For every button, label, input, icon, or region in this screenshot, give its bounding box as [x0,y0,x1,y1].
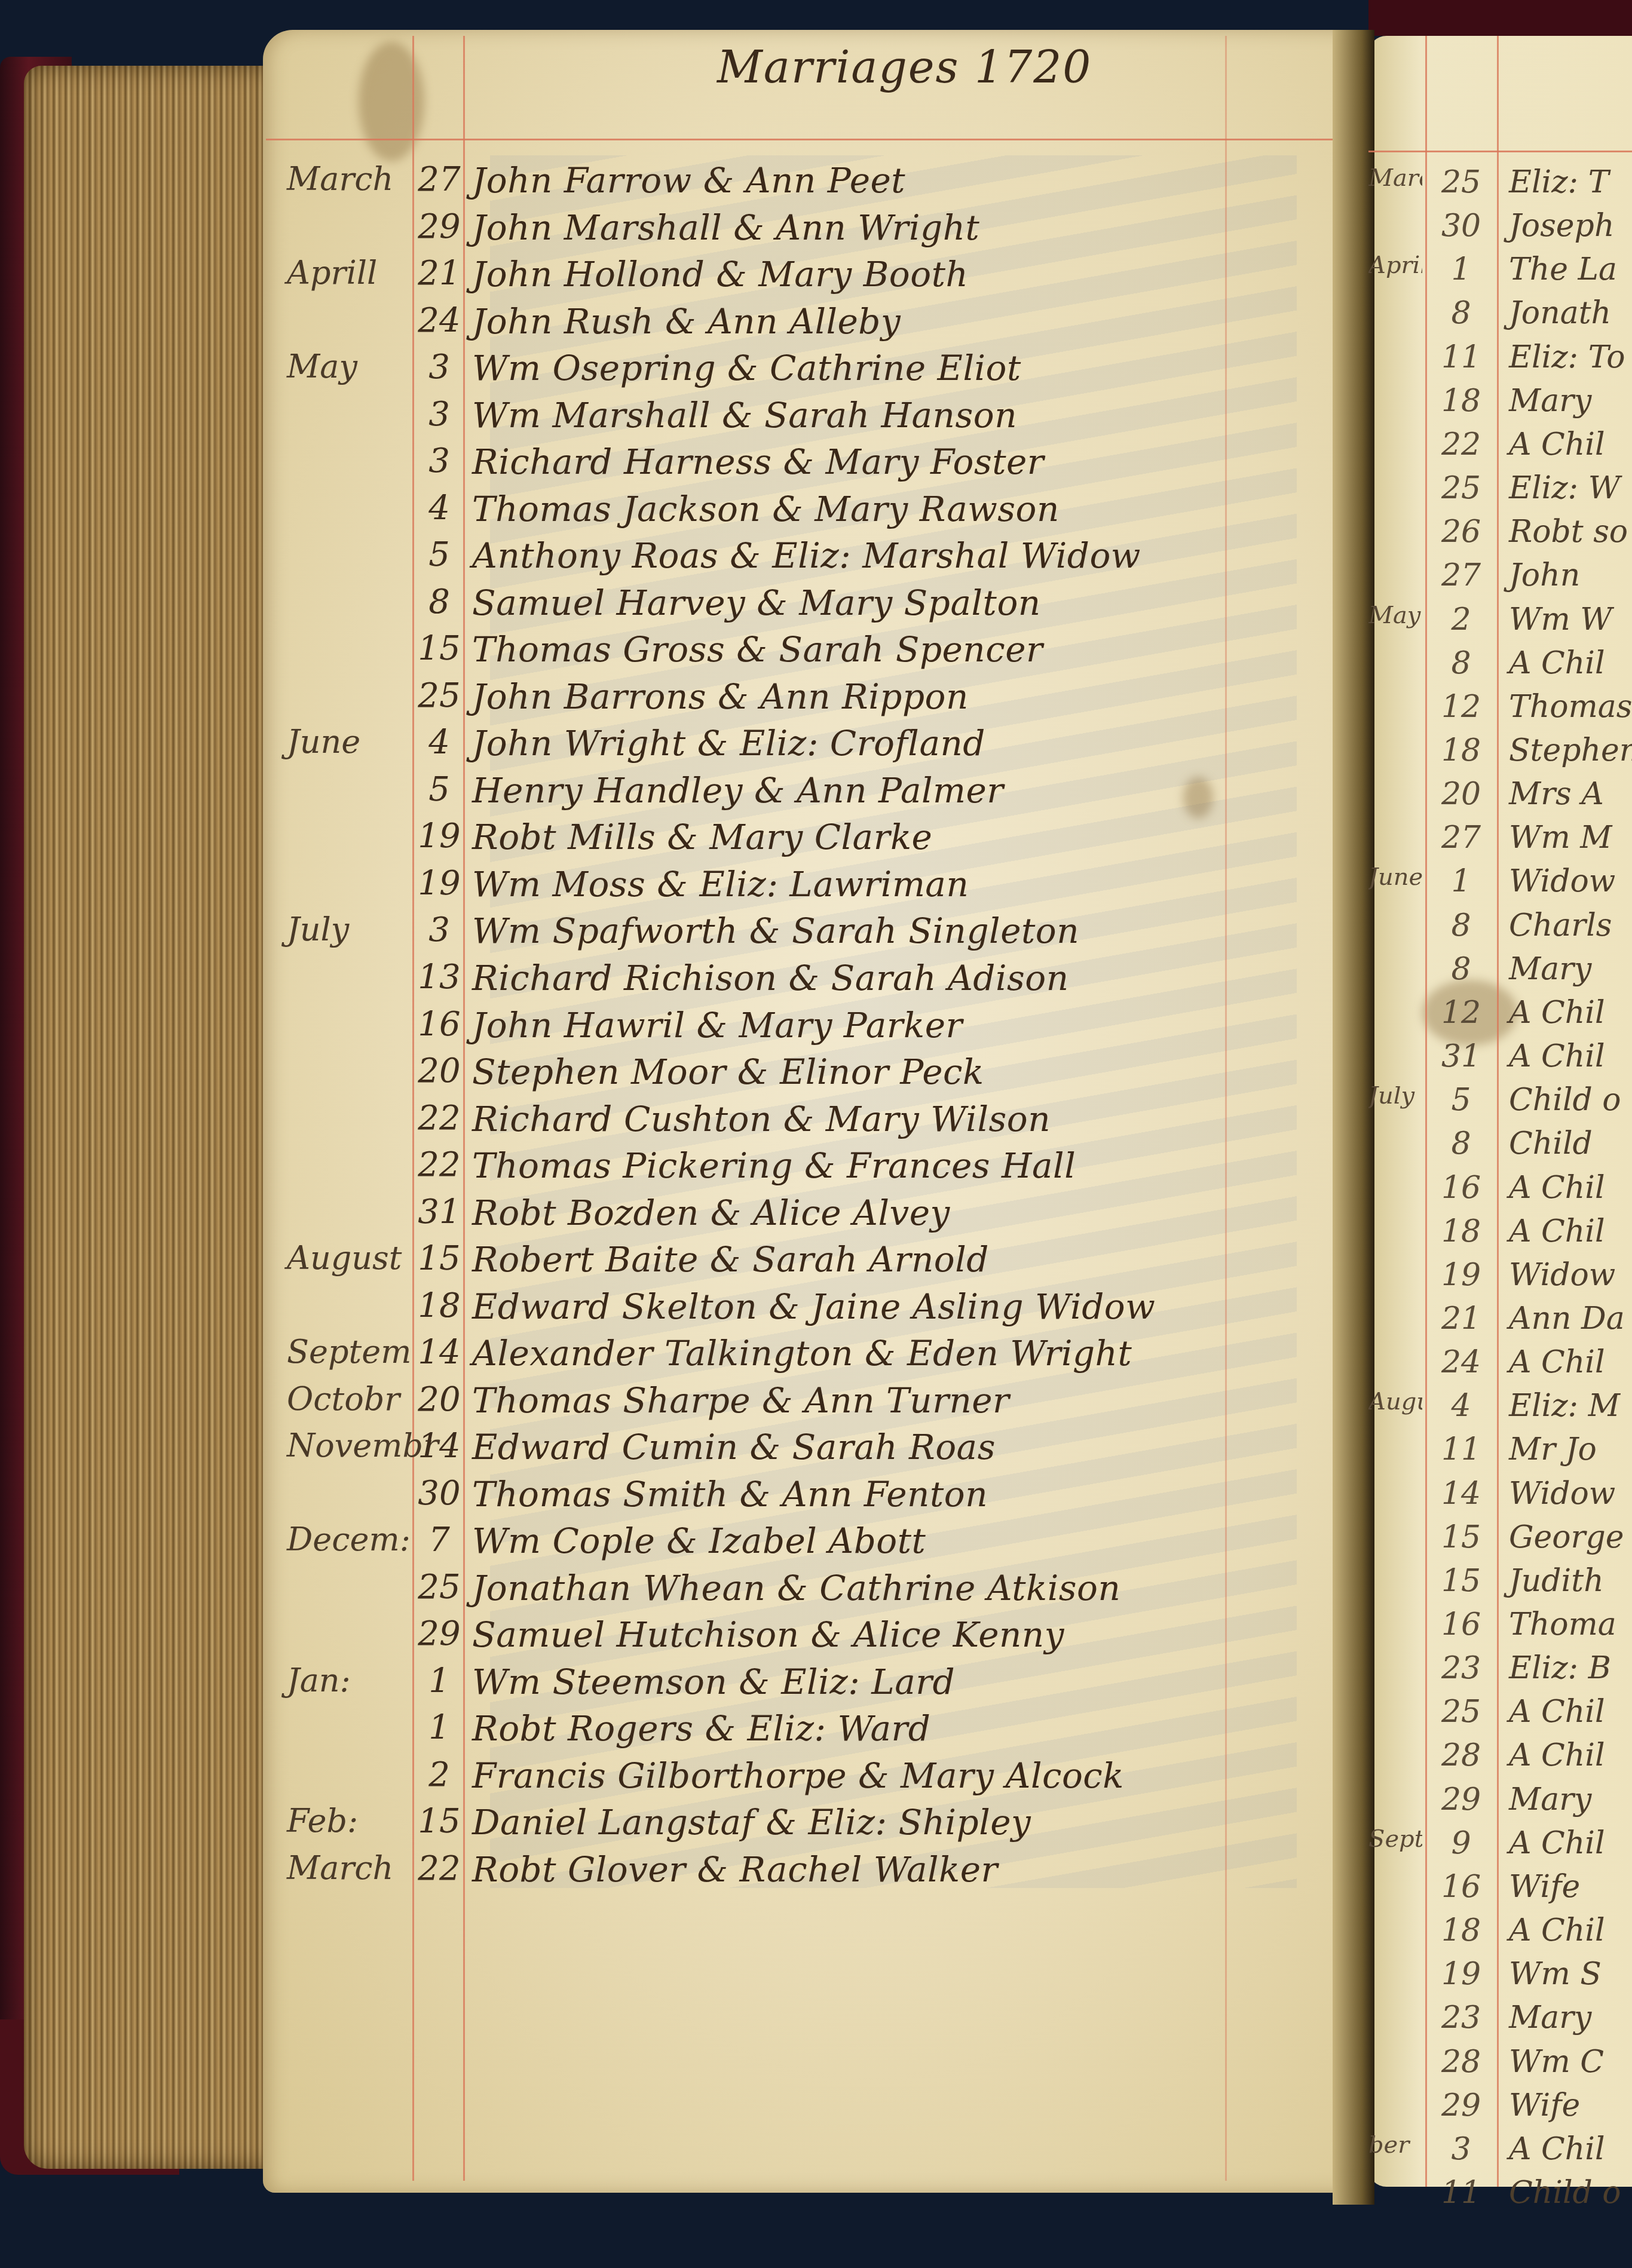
entry-day: 22 [415,1849,463,1888]
entry-names: Samuel Hutchison & Alice Kenny [472,1614,1064,1655]
entry-day: 5 [415,770,463,809]
right-register-entry: 14Widow [1368,1476,1632,1516]
entry-day: 28 [1434,1737,1488,1773]
entry-day: 3 [415,911,463,949]
register-entry: Novembr14Edward Cumin & Sarah Roas [263,1427,1339,1469]
entry-names: Wm Moss & Eliz: Lawriman [472,864,969,905]
entry-day: 20 [415,1380,463,1419]
entry-day: 8 [1434,295,1488,331]
register-entry: 13Richard Richison & Sarah Adison [263,958,1339,1000]
entry-day: 30 [415,1474,463,1513]
right-register-entry: 12A Chil [1368,995,1632,1035]
register-entry: Septem14Alexander Talkington & Eden Wrig… [263,1333,1339,1375]
entry-day: 5 [1434,1082,1488,1118]
entry-day: 18 [1434,1213,1488,1249]
right-register-entry: 30Joseph [1368,208,1632,249]
register-entry: May3Wm Osepring & Cathrine Eliot [263,348,1339,390]
entry-name: A Chil [1509,1344,1605,1380]
register-entry: 5Anthony Roas & Eliz: Marshal Widow [263,535,1339,577]
entry-day: 1 [415,1708,463,1747]
entry-name: A Chil [1509,1913,1605,1948]
entry-name: Child o [1509,2175,1621,2211]
register-entry: 3Richard Harness & Mary Foster [263,442,1339,483]
entry-name: Wife [1509,2088,1580,2123]
right-register-entry: May 4th2Wm W [1368,602,1632,642]
right-register-entry: 15Judith [1368,1563,1632,1604]
entry-name: Joseph [1509,208,1614,244]
entry-name: Thoma [1509,1607,1616,1642]
entry-day: 29 [1434,2088,1488,2123]
entry-name: John [1509,557,1580,593]
register-entry: 29John Marshall & Ann Wright [263,207,1339,249]
right-register-entry: 29Wife [1368,2088,1632,2128]
entry-names: Richard Richison & Sarah Adison [472,958,1069,998]
entry-name: Wm W [1509,602,1612,638]
register-entry: 2Francis Gilborthorpe & Mary Alcock [263,1755,1339,1797]
right-register-entry: 11Mr Jo [1368,1432,1632,1472]
entry-month: March [1368,164,1422,192]
entry-names: Edward Cumin & Sarah Roas [472,1427,996,1467]
entry-names: Robt Rogers & Eliz: Ward [472,1708,930,1749]
entry-names: Henry Handley & Ann Palmer [472,770,1004,811]
right-register-entry: 21Ann Da [1368,1301,1632,1341]
entry-name: A Chil [1509,1825,1605,1861]
register-entry: 18Edward Skelton & Jaine Asling Widow [263,1286,1339,1328]
register-entry: 19Wm Moss & Eliz: Lawriman [263,864,1339,906]
right-register-entry: 18A Chil [1368,1913,1632,1953]
right-register-entry: 28A Chil [1368,1737,1632,1778]
register-entry: 15Thomas Gross & Sarah Spencer [263,629,1339,671]
entry-name: A Chil [1509,1213,1605,1249]
entry-day: 31 [1434,1038,1488,1074]
entry-day: 24 [1434,1344,1488,1380]
right-register-entry: 16A Chil [1368,1170,1632,1210]
entry-day: 9 [1434,1825,1488,1861]
entry-name: Jonath [1509,295,1611,331]
right-register-entry: 18Mary [1368,383,1632,424]
right-register-entry: 8Mary [1368,951,1632,992]
entry-day: 18 [1434,1913,1488,1948]
entry-month: July [1368,1082,1422,1110]
register-entry: March22Robt Glover & Rachel Walker [263,1849,1339,1891]
entry-names: John Rush & Ann Alleby [472,301,901,342]
entry-names: Robt Mills & Mary Clarke [472,817,932,857]
register-entry: Feb:15Daniel Langstaf & Eliz: Shipley [263,1802,1339,1844]
page-fore-edge [24,66,275,2169]
entry-day: 4 [415,489,463,528]
entry-name: A Chil [1509,2131,1605,2167]
entry-name: Eliz: B [1509,1650,1611,1686]
entry-month: March [287,160,430,198]
entry-day: 27 [1434,820,1488,856]
right-register-entry: July5Child o [1368,1082,1632,1123]
entry-day: 26 [1434,514,1488,550]
entry-month: Aprill [287,254,430,292]
right-register-entry: 31A Chil [1368,1038,1632,1079]
entry-name: Eliz: To [1509,339,1625,375]
right-register-entry: 8Jonath [1368,295,1632,336]
entry-day: 1 [1434,252,1488,287]
entry-day: 18 [415,1286,463,1325]
entry-name: Mr Jo [1509,1432,1597,1467]
entry-name: Ann Da [1509,1301,1625,1337]
entry-day: 18 [1434,383,1488,419]
entry-day: 18 [1434,732,1488,768]
entry-day: 21 [415,254,463,293]
entry-name: Mary [1509,383,1591,419]
register-entry: 25Jonathan Whean & Cathrine Atkison [263,1568,1339,1610]
entry-day: 11 [1434,2175,1488,2211]
entry-name: Wm M [1509,820,1612,856]
entry-day: 19 [1434,1956,1488,1992]
entry-name: Stephen [1509,732,1632,768]
entry-name: Wife [1509,1869,1580,1905]
register-entry: 20Stephen Moor & Elinor Peck [263,1052,1339,1093]
entry-name: Eliz: M [1509,1388,1620,1424]
entry-day: 28 [1434,2044,1488,2080]
right-register-entry: 25Eliz: W [1368,470,1632,511]
right-register-entry: 12Thomas [1368,689,1632,730]
entry-day: 27 [1434,557,1488,593]
entry-day: 29 [415,1614,463,1653]
entry-names: Thomas Sharpe & Ann Turner [472,1380,1009,1421]
entry-day: 19 [1434,1257,1488,1293]
entry-month: May 4th [1368,602,1422,629]
entry-month: Novembr [287,1427,430,1464]
entry-day: 15 [415,1802,463,1841]
entry-month: Feb: [287,1802,430,1840]
entry-day: 2 [1434,602,1488,638]
entry-names: John Hollond & Mary Booth [472,254,968,295]
right-register-entry: 11Eliz: To [1368,339,1632,380]
entry-day: 25 [1434,164,1488,200]
right-register-entry: 8Child [1368,1126,1632,1166]
book-cover-top-right [1368,0,1632,36]
register-entry: 16John Hawril & Mary Parker [263,1005,1339,1047]
entry-day: 16 [1434,1170,1488,1206]
entry-day: 8 [415,583,463,621]
entry-day: 22 [1434,427,1488,462]
entry-day: 20 [415,1052,463,1090]
entry-day: 15 [1434,1563,1488,1599]
entry-day: 14 [1434,1476,1488,1512]
entry-day: 21 [1434,1301,1488,1337]
right-register-entry: 24A Chil [1368,1344,1632,1385]
entry-day: 20 [1434,776,1488,812]
entry-day: 3 [415,395,463,434]
register-entry: 8Samuel Harvey & Mary Spalton [263,583,1339,624]
entry-day: 3 [415,348,463,387]
entry-day: 16 [1434,1607,1488,1642]
right-register-entry: 26Robt so [1368,514,1632,554]
entry-month: August [287,1239,430,1277]
entry-name: A Chil [1509,995,1605,1031]
right-header-rule [1368,151,1632,152]
right-register-entry: Septemr9A Chil [1368,1825,1632,1866]
entry-names: Thomas Jackson & Mary Rawson [472,489,1060,529]
entry-name: George [1509,1519,1624,1555]
entry-name: Widow [1509,1257,1615,1293]
entry-day: 27 [415,160,463,199]
register-entry: 29Samuel Hutchison & Alice Kenny [263,1614,1339,1656]
entry-day: 31 [415,1193,463,1231]
right-register-entry: 22A Chil [1368,427,1632,467]
entry-names: Wm Osepring & Cathrine Eliot [472,348,1021,388]
register-entry: Aprill21John Hollond & Mary Booth [263,254,1339,296]
entry-names: Wm Steemson & Eliz: Lard [472,1662,955,1702]
right-register-entry: 16Thoma [1368,1607,1632,1647]
entry-day: 11 [1434,1432,1488,1467]
entry-day: 1 [1434,863,1488,899]
entry-names: Robt Glover & Rachel Walker [472,1849,998,1890]
right-register-entry: 27Wm M [1368,820,1632,860]
right-register-entry: March25Eliz: T [1368,164,1632,205]
entry-name: A Chil [1509,1170,1605,1206]
page-title: Marriages 1720 [717,42,1092,93]
entry-names: Wm Marshall & Sarah Hanson [472,395,1017,436]
entry-day: 4 [415,723,463,762]
entry-day: 7 [415,1521,463,1559]
entry-name: Thomas [1509,689,1632,725]
entry-day: 25 [415,676,463,715]
register-entry: 22Richard Cushton & Mary Wilson [263,1099,1339,1141]
entry-day: 23 [1434,2000,1488,2036]
entry-name: A Chil [1509,1737,1605,1773]
entry-day: 25 [1434,470,1488,506]
entry-names: John Barrons & Ann Rippon [472,676,969,717]
right-register-entry: Aprill1The La [1368,252,1632,292]
entry-month: March [287,1849,430,1887]
register-entry: June4John Wright & Eliz: Crofland [263,723,1339,765]
right-register-entry: 18Stephen [1368,732,1632,773]
right-register-entry: 23Mary [1368,2000,1632,2040]
entry-names: Stephen Moor & Elinor Peck [472,1052,984,1092]
entry-day: 8 [1434,951,1488,987]
entry-day: 4 [1434,1388,1488,1424]
entry-day: 11 [1434,339,1488,375]
entry-names: John Marshall & Ann Wright [472,207,979,248]
entry-name: Child [1509,1126,1593,1161]
right-register-entry: 8Charls [1368,908,1632,948]
entry-day: 14 [415,1333,463,1372]
entry-names: Thomas Gross & Sarah Spencer [472,629,1043,670]
entry-day: 12 [1434,689,1488,725]
entry-names: Wm Cople & Izabel Abott [472,1521,926,1561]
entry-day: 8 [1434,645,1488,681]
right-register-entry: ber3A Chil [1368,2131,1632,2172]
entry-name: Eliz: T [1509,164,1609,200]
entry-day: 15 [415,629,463,668]
entry-names: Jonathan Whean & Cathrine Atkison [472,1568,1120,1608]
entry-name: Charls [1509,908,1612,943]
register-entry: 1Robt Rogers & Eliz: Ward [263,1708,1339,1750]
entry-name: The La [1509,252,1617,287]
entry-name: A Chil [1509,645,1605,681]
entry-day: 19 [415,864,463,903]
entry-day: 16 [1434,1869,1488,1905]
entry-day: 3 [1434,2131,1488,2167]
entry-names: Daniel Langstaf & Eliz: Shipley [472,1802,1031,1843]
entry-month: Aprill [1368,252,1422,279]
entry-day: 5 [415,535,463,574]
entry-month: May [287,348,430,385]
entry-day: 24 [415,301,463,340]
entry-day: 23 [1434,1650,1488,1686]
entry-name: Child o [1509,1082,1621,1118]
entry-month: August [1368,1388,1422,1415]
entry-day: 19 [415,817,463,856]
entry-month: ber [1368,2131,1422,2159]
stain [359,42,424,161]
register-entry: 24John Rush & Ann Alleby [263,301,1339,343]
register-entry: 25John Barrons & Ann Rippon [263,676,1339,718]
entry-month: Jan: [287,1662,430,1699]
entry-names: Thomas Pickering & Frances Hall [472,1145,1076,1186]
entry-day: 12 [1434,995,1488,1031]
right-register-entry: 19Widow [1368,1257,1632,1298]
right-register-entry: August4Eliz: M [1368,1388,1632,1429]
entry-names: Samuel Harvey & Mary Spalton [472,583,1041,623]
entry-day: 25 [415,1568,463,1607]
register-entry: 22Thomas Pickering & Frances Hall [263,1145,1339,1187]
entry-name: Wm C [1509,2044,1604,2080]
entry-day: 16 [415,1005,463,1044]
entry-name: Mary [1509,1782,1591,1818]
entry-name: A Chil [1509,1694,1605,1730]
entry-month: June [287,723,430,761]
entry-names: John Hawril & Mary Parker [472,1005,963,1046]
entry-day: 1 [415,1662,463,1700]
entry-day: 29 [415,207,463,246]
right-register-entry: 20Mrs A [1368,776,1632,817]
entry-names: Richard Harness & Mary Foster [472,442,1044,482]
register-entry: 30Thomas Smith & Ann Fenton [263,1474,1339,1516]
header-rule [266,139,1333,140]
entry-day: 3 [415,442,463,480]
register-entry: Decem:7Wm Cople & Izabel Abott [263,1521,1339,1562]
right-register-entry: 11Child o [1368,2175,1632,2215]
entry-name: Robt so [1509,514,1628,550]
right-register-entry: 19Wm S [1368,1956,1632,1997]
entry-month: Septem [287,1333,430,1371]
entry-names: Robt Bozden & Alice Alvey [472,1193,950,1233]
entry-day: 30 [1434,208,1488,244]
entry-names: Thomas Smith & Ann Fenton [472,1474,988,1515]
register-entry: Jan:1Wm Steemson & Eliz: Lard [263,1662,1339,1703]
entry-name: A Chil [1509,1038,1605,1074]
right-register-entry: 23Eliz: B [1368,1650,1632,1691]
register-entry: August15Robert Baite & Sarah Arnold [263,1239,1339,1281]
entry-names: Edward Skelton & Jaine Asling Widow [472,1286,1155,1327]
entry-day: 15 [415,1239,463,1278]
entry-month: June [1368,863,1422,891]
entry-names: Anthony Roas & Eliz: Marshal Widow [472,535,1141,576]
register-entry: 31Robt Bozden & Alice Alvey [263,1193,1339,1234]
right-register-entry: 25A Chil [1368,1694,1632,1734]
right-register-entry: 8A Chil [1368,645,1632,686]
entry-day: 13 [415,958,463,997]
register-entry: 5Henry Handley & Ann Palmer [263,770,1339,812]
entry-name: Judith [1509,1563,1604,1599]
right-register-entry: 16Wife [1368,1869,1632,1910]
entry-day: 15 [1434,1519,1488,1555]
register-entry: Octobr20Thomas Sharpe & Ann Turner [263,1380,1339,1422]
entry-names: Robert Baite & Sarah Arnold [472,1239,989,1280]
entry-name: Mary [1509,2000,1591,2036]
entry-name: Mary [1509,951,1591,987]
entry-day: 22 [415,1099,463,1138]
register-entry: July3Wm Spafworth & Sarah Singleton [263,911,1339,952]
entry-month: Octobr [287,1380,430,1418]
entry-name: Wm S [1509,1956,1602,1992]
entry-month: Septemr [1368,1825,1422,1853]
entry-name: A Chil [1509,427,1605,462]
entry-names: Wm Spafworth & Sarah Singleton [472,911,1079,951]
entry-day: 14 [415,1427,463,1466]
entry-month: July [287,911,430,948]
entry-names: John Farrow & Ann Peet [472,160,905,201]
entry-day: 8 [1434,908,1488,943]
right-register-entry: 27John [1368,557,1632,598]
entry-day: 29 [1434,1782,1488,1818]
entry-names: Richard Cushton & Mary Wilson [472,1099,1051,1139]
entry-month: Decem: [287,1521,430,1558]
entry-day: 25 [1434,1694,1488,1730]
entry-name: Eliz: W [1509,470,1620,506]
right-register-entry: June1Widow [1368,863,1632,904]
entry-names: Francis Gilborthorpe & Mary Alcock [472,1755,1124,1796]
register-entry: 4Thomas Jackson & Mary Rawson [263,489,1339,531]
right-register-entry: 28Wm C [1368,2044,1632,2085]
register-entry: March27John Farrow & Ann Peet [263,160,1339,202]
entry-name: Mrs A [1509,776,1604,812]
entry-name: Widow [1509,1476,1615,1512]
right-register-entry: 29Mary [1368,1782,1632,1822]
entry-name: Widow [1509,863,1615,899]
entry-day: 8 [1434,1126,1488,1161]
register-entry: 19Robt Mills & Mary Clarke [263,817,1339,859]
right-register-entry: 18A Chil [1368,1213,1632,1254]
entry-names: Alexander Talkington & Eden Wright [472,1333,1132,1374]
entry-names: John Wright & Eliz: Crofland [472,723,985,764]
register-entry: 3Wm Marshall & Sarah Hanson [263,395,1339,437]
entry-day: 22 [415,1145,463,1184]
entry-day: 2 [415,1755,463,1794]
right-register-entry: 15George [1368,1519,1632,1560]
